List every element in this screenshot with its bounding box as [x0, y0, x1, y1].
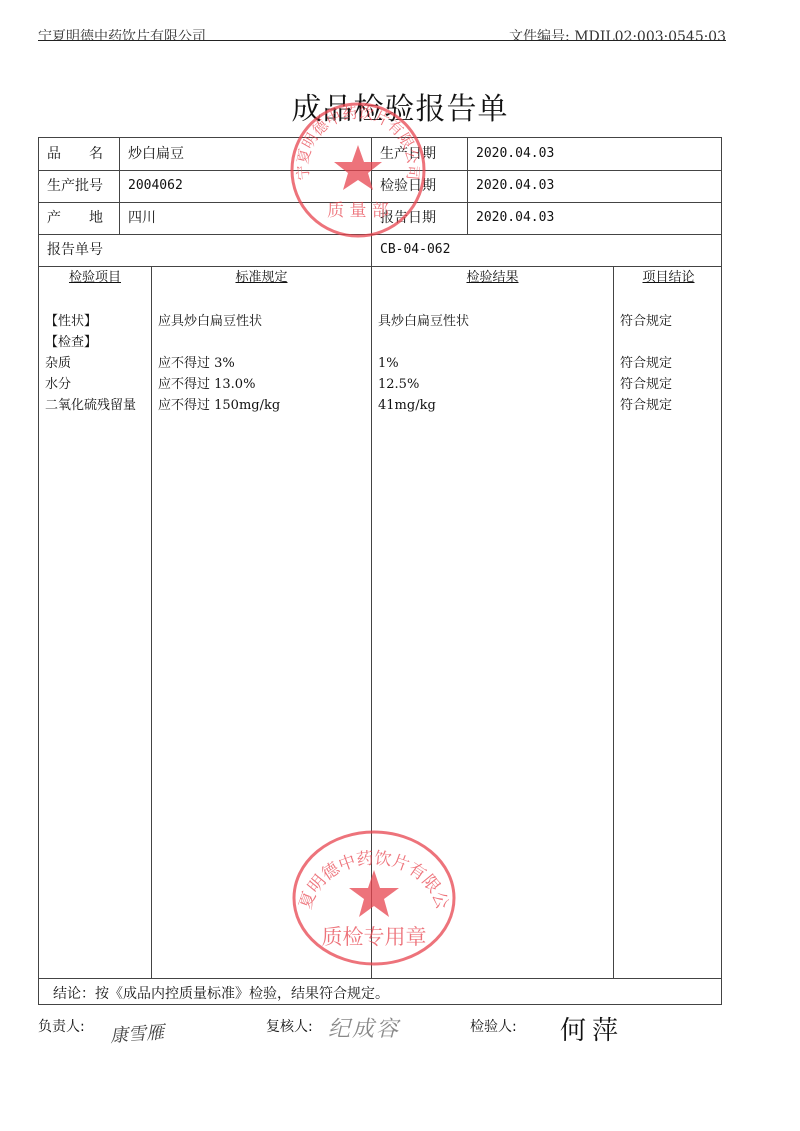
product-name-value: 炒白扁豆	[119, 138, 371, 170]
result-cell: 具炒白扁豆性状	[372, 311, 613, 332]
report-no-label: 报告单号	[39, 234, 371, 266]
column-standard: 标准规定 应具炒白扁豆性状 应不得过 3% 应不得过 13.0% 应不得过 15…	[151, 266, 371, 978]
standard-cell: 应不得过 150mg/kg	[152, 395, 371, 416]
result-cell: 12.5%	[372, 374, 613, 395]
result-cell: 1%	[372, 353, 613, 374]
header-standard: 标准规定	[152, 266, 371, 290]
item-cell: 杂质	[39, 353, 151, 374]
inspector-label: 检验人:	[470, 1016, 517, 1036]
reviewer-signature: 纪成容	[328, 1012, 400, 1043]
results-section: 检验项目 【性状】 【检查】 杂质 水分 二氧化硫残留量 标准规定 应具炒白扁豆…	[39, 266, 721, 978]
item-cell: 【性状】	[39, 311, 151, 332]
conclusion-cell	[614, 332, 723, 353]
item-cell: 【检查】	[39, 332, 151, 353]
header-item: 检验项目	[39, 266, 151, 290]
inspection-date-value: 2020.04.03	[467, 170, 723, 202]
column-item: 检验项目 【性状】 【检查】 杂质 水分 二氧化硫残留量	[39, 266, 151, 978]
item-cell: 二氧化硫残留量	[39, 395, 151, 416]
conclusion-cell: 符合规定	[614, 353, 723, 374]
overall-conclusion: 结论：按《成品内控质量标准》检验，结果符合规定。	[39, 978, 721, 1004]
conclusion-cell: 符合规定	[614, 374, 723, 395]
batch-value: 2004062	[119, 170, 371, 202]
batch-label: 生产批号	[39, 170, 119, 202]
column-result: 检验结果 具炒白扁豆性状 1% 12.5% 41mg/kg	[371, 266, 613, 978]
standard-cell: 应不得过 3%	[152, 353, 371, 374]
report-table: 品 名 炒白扁豆 生产日期 2020.04.03 生产批号 2004062 检验…	[38, 137, 722, 1005]
header-result: 检验结果	[372, 266, 613, 290]
inspection-date-label: 检验日期	[371, 170, 467, 202]
reviewer-label: 复核人:	[266, 1016, 313, 1036]
responsible-signature: 康雪雁	[109, 1018, 165, 1048]
origin-value: 四川	[119, 202, 371, 234]
report-no-value: CB-04-062	[371, 234, 723, 266]
row-report-no: 报告单号 CB-04-062	[39, 234, 721, 267]
production-date-value: 2020.04.03	[467, 138, 723, 170]
product-name-label: 品 名	[39, 138, 119, 170]
page-header: 宁夏明德中药饮片有限公司 文件编号: MDJL02·003·0545·03	[38, 0, 726, 41]
standard-cell: 应具炒白扁豆性状	[152, 311, 371, 332]
responsible-label: 负责人:	[38, 1016, 85, 1036]
conclusion-cell: 符合规定	[614, 311, 723, 332]
standard-cell: 应不得过 13.0%	[152, 374, 371, 395]
column-conclusion: 项目结论 符合规定 符合规定 符合规定 符合规定	[613, 266, 723, 978]
report-date-label: 报告日期	[371, 202, 467, 234]
page-title: 成品检验报告单	[0, 84, 800, 128]
conclusion-cell: 符合规定	[614, 395, 723, 416]
origin-label: 产 地	[39, 202, 119, 234]
row-product-name: 品 名 炒白扁豆 生产日期 2020.04.03	[39, 138, 721, 171]
row-batch: 生产批号 2004062 检验日期 2020.04.03	[39, 170, 721, 203]
standard-cell	[152, 332, 371, 353]
document-number: 文件编号: MDJL02·003·0545·03	[509, 26, 726, 41]
report-date-value: 2020.04.03	[467, 202, 723, 234]
production-date-label: 生产日期	[371, 138, 467, 170]
result-cell	[372, 332, 613, 353]
header-conclusion: 项目结论	[614, 266, 723, 290]
company-name: 宁夏明德中药饮片有限公司	[38, 26, 206, 41]
item-cell: 水分	[39, 374, 151, 395]
result-cell: 41mg/kg	[372, 395, 613, 416]
row-origin: 产 地 四川 报告日期 2020.04.03	[39, 202, 721, 235]
inspector-signature: 何萍	[560, 1010, 624, 1047]
